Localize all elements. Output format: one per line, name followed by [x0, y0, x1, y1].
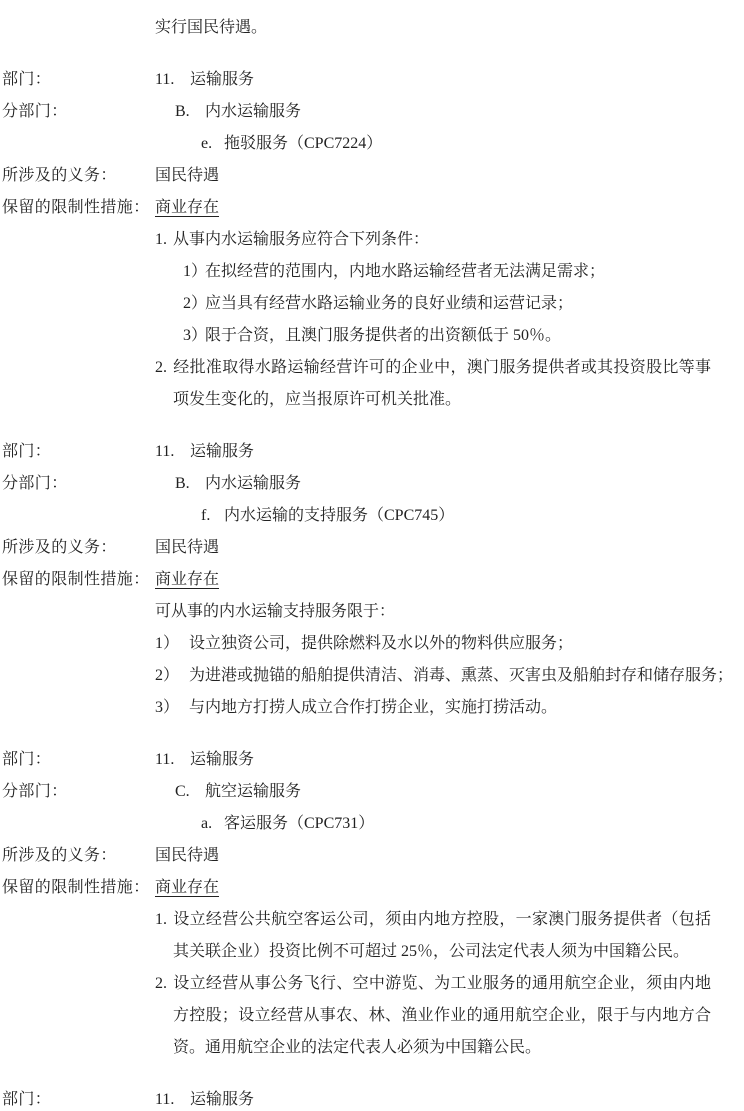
obligations-row-content: 国民待遇 [155, 532, 744, 564]
sector-row-content: 11.运输服务 [155, 744, 744, 776]
measure-item-marker: 3） [183, 320, 205, 352]
measure-item-text: 可从事的内水运输支持服务限于： [155, 603, 395, 620]
sub-sector-name: 内水运输服务 [205, 475, 301, 492]
sector-number: 11. [155, 436, 190, 468]
field-label: 保留的限制性措施： [2, 192, 155, 224]
field-label-spacer [2, 596, 155, 628]
measure-item-marker: 2） [155, 660, 189, 692]
sector-row-content: 11.运输服务 [155, 1084, 744, 1111]
field-label: 所涉及的义务： [2, 532, 155, 564]
sub-sector-name: 客运服务（CPC731） [224, 815, 374, 832]
measure-row: 1）在拟经营的范围内，内地水路运输经营者无法满足需求； [2, 256, 744, 288]
sub-sector-row-content: B.内水运输服务 [155, 468, 744, 500]
field-label-spacer [2, 320, 155, 352]
measures-title-row-content: 商业存在 [155, 564, 744, 596]
obligations-value: 国民待遇 [155, 167, 219, 184]
measure-item-text: 限于合资，且澳门服务提供者的出资额低于 50％。 [205, 327, 561, 344]
sector-row: 部门：11.运输服务 [2, 436, 744, 468]
sector-name: 运输服务 [190, 751, 254, 768]
sector-number: 11. [155, 64, 190, 96]
document-page: 实行国民待遇。 部门：11.运输服务分部门：B.内水运输服务e.拖驳服务（CPC… [0, 0, 744, 1111]
measure-item-text: 设立经营从事公务飞行、空中游览、为工业服务的通用航空企业，须由内地方控股；设立经… [173, 975, 711, 1056]
obligations-row: 所涉及的义务：国民待遇 [2, 840, 744, 872]
field-label: 部门： [2, 744, 155, 776]
obligations-row-content: 国民待遇 [155, 160, 744, 192]
field-label: 保留的限制性措施： [2, 872, 155, 904]
measure-row: 2.经批准取得水路运输经营许可的企业中，澳门服务提供者或其投资股比等事项发生变化… [2, 352, 744, 416]
sector-line: 11.运输服务 [155, 64, 742, 96]
field-label-spacer [2, 288, 155, 320]
field-label-spacer [2, 628, 155, 660]
obligations-row: 所涉及的义务：国民待遇 [2, 532, 744, 564]
sub-sector-letter: a. [201, 808, 224, 840]
measure-row-content: 2）为进港或抛锚的船舶提供清洁、消毒、熏蒸、灭害虫及船舶封存和储存服务； [155, 660, 744, 692]
measure-item-marker: 2. [155, 352, 173, 384]
field-label-spacer [2, 224, 155, 256]
measure-row: 2.设立经营从事公务飞行、空中游览、为工业服务的通用航空企业，须由内地方控股；设… [2, 968, 744, 1064]
measure-item-text: 设立经营公共航空客运公司，须由内地方控股，一家澳门服务提供者（包括其关联企业）投… [173, 911, 711, 960]
measures-title-row-content: 商业存在 [155, 192, 744, 224]
measure-item: 2.设立经营从事公务飞行、空中游览、为工业服务的通用航空企业，须由内地方控股；设… [173, 968, 711, 1064]
measure-item: 2）为进港或抛锚的船舶提供清洁、消毒、熏蒸、灭害虫及船舶封存和储存服务； [155, 660, 742, 692]
sub-sector-line: a.客运服务（CPC731） [155, 808, 742, 840]
measure-row-content: 1）在拟经营的范围内，内地水路运输经营者无法满足需求； [155, 256, 744, 288]
measure-item: 1）设立独资公司，提供除燃料及水以外的物料供应服务； [155, 628, 742, 660]
sub-sector-letter: C. [175, 776, 205, 808]
sub-sector-row-content: e.拖驳服务（CPC7224） [155, 128, 744, 160]
sub-sector-row-content: B.内水运输服务 [155, 96, 744, 128]
measure-row: 1.从事内水运输服务应符合下列条件： [2, 224, 744, 256]
field-label: 部门： [2, 1084, 155, 1111]
field-label-spacer [2, 968, 155, 1064]
measure-item-text: 从事内水运输服务应符合下列条件： [173, 231, 429, 248]
measure-item-marker: 2） [183, 288, 205, 320]
sub-sector-line: e.拖驳服务（CPC7224） [155, 128, 742, 160]
sub-sector-name: 内水运输服务 [205, 103, 301, 120]
measure-row-content: 2）应当具有经营水路运输业务的良好业绩和运营记录； [155, 288, 744, 320]
sub-sector-row: 分部门：B.内水运输服务 [2, 96, 744, 128]
field-label: 部门： [2, 436, 155, 468]
field-label: 分部门： [2, 96, 155, 128]
field-label: 保留的限制性措施： [2, 564, 155, 596]
measure-row-content: 1）设立独资公司，提供除燃料及水以外的物料供应服务； [155, 628, 744, 660]
measure-item-marker: 1. [155, 224, 173, 256]
field-label-spacer [2, 500, 155, 532]
sub-sector-line: f.内水运输的支持服务（CPC745） [155, 500, 742, 532]
field-label: 部门： [2, 64, 155, 96]
sections-container: 部门：11.运输服务分部门：B.内水运输服务e.拖驳服务（CPC7224）所涉及… [2, 64, 744, 1111]
measure-item: 1）在拟经营的范围内，内地水路运输经营者无法满足需求； [183, 256, 742, 288]
measure-item: 1.设立经营公共航空客运公司，须由内地方控股，一家澳门服务提供者（包括其关联企业… [173, 904, 711, 968]
field-label: 分部门： [2, 776, 155, 808]
sector-row: 部门：11.运输服务 [2, 64, 744, 96]
measure-item: 可从事的内水运输支持服务限于： [155, 596, 742, 628]
schedule-section: 部门：11.运输服务 [2, 1084, 744, 1111]
sub-sector-line: B.内水运输服务 [155, 96, 742, 128]
intro-text: 实行国民待遇。 [155, 12, 744, 44]
measure-item-text: 应当具有经营水路运输业务的良好业绩和运营记录； [205, 295, 573, 312]
measures-title-row-content: 商业存在 [155, 872, 744, 904]
measure-item: 2）应当具有经营水路运输业务的良好业绩和运营记录； [183, 288, 742, 320]
sector-name: 运输服务 [190, 443, 254, 460]
obligations-value: 国民待遇 [155, 847, 219, 864]
sub-sector-row: a.客运服务（CPC731） [2, 808, 744, 840]
measure-item: 3）与内地方打捞人成立合作打捞企业，实施打捞活动。 [155, 692, 742, 724]
sector-name: 运输服务 [190, 71, 254, 88]
sector-line: 11.运输服务 [155, 744, 742, 776]
sector-row-content: 11.运输服务 [155, 436, 744, 468]
sub-sector-line: B.内水运输服务 [155, 468, 742, 500]
measure-row: 可从事的内水运输支持服务限于： [2, 596, 744, 628]
measures-title-row: 保留的限制性措施：商业存在 [2, 564, 744, 596]
field-label-spacer [2, 904, 155, 968]
measure-row: 2）应当具有经营水路运输业务的良好业绩和运营记录； [2, 288, 744, 320]
measures-title-row: 保留的限制性措施：商业存在 [2, 192, 744, 224]
measure-item-marker: 2. [155, 968, 173, 1000]
sub-sector-row-content: C.航空运输服务 [155, 776, 744, 808]
sub-sector-row: 分部门：C.航空运输服务 [2, 776, 744, 808]
field-label-spacer [2, 352, 155, 416]
schedule-section: 部门：11.运输服务分部门：B.内水运输服务f.内水运输的支持服务（CPC745… [2, 436, 744, 724]
measure-row: 1）设立独资公司，提供除燃料及水以外的物料供应服务； [2, 628, 744, 660]
sector-row-content: 11.运输服务 [155, 64, 744, 96]
field-label-spacer [2, 692, 155, 724]
measure-item-text: 与内地方打捞人成立合作打捞企业，实施打捞活动。 [189, 699, 557, 716]
measure-row-content: 1.从事内水运输服务应符合下列条件： [155, 224, 744, 256]
measure-row-content: 2.设立经营从事公务飞行、空中游览、为工业服务的通用航空企业，须由内地方控股；设… [155, 968, 744, 1064]
sector-name: 运输服务 [190, 1091, 254, 1108]
measure-row-content: 2.经批准取得水路运输经营许可的企业中，澳门服务提供者或其投资股比等事项发生变化… [155, 352, 744, 416]
sub-sector-row: e.拖驳服务（CPC7224） [2, 128, 744, 160]
obligations-value: 国民待遇 [155, 539, 219, 556]
measure-row-content: 1.设立经营公共航空客运公司，须由内地方控股，一家澳门服务提供者（包括其关联企业… [155, 904, 744, 968]
sub-sector-letter: f. [201, 500, 224, 532]
measure-item: 3）限于合资，且澳门服务提供者的出资额低于 50％。 [183, 320, 742, 352]
measure-row: 3）与内地方打捞人成立合作打捞企业，实施打捞活动。 [2, 692, 744, 724]
field-label: 所涉及的义务： [2, 840, 155, 872]
measure-row: 3）限于合资，且澳门服务提供者的出资额低于 50％。 [2, 320, 744, 352]
obligations-row-content: 国民待遇 [155, 840, 744, 872]
measure-row: 1.设立经营公共航空客运公司，须由内地方控股，一家澳门服务提供者（包括其关联企业… [2, 904, 744, 968]
measure-item-text: 设立独资公司，提供除燃料及水以外的物料供应服务； [189, 635, 573, 652]
measure-row-content: 可从事的内水运输支持服务限于： [155, 596, 744, 628]
schedule-section: 部门：11.运输服务分部门：B.内水运输服务e.拖驳服务（CPC7224）所涉及… [2, 64, 744, 416]
sub-sector-letter: B. [175, 96, 205, 128]
field-label-spacer [2, 256, 155, 288]
measure-item-marker: 1） [155, 628, 189, 660]
sector-row: 部门：11.运输服务 [2, 1084, 744, 1111]
sub-sector-row: 分部门：B.内水运输服务 [2, 468, 744, 500]
field-label: 所涉及的义务： [2, 160, 155, 192]
field-label: 分部门： [2, 468, 155, 500]
measure-item-marker: 3） [155, 692, 189, 724]
measures-mode-title: 商业存在 [155, 571, 219, 588]
measure-item-marker: 1） [183, 256, 205, 288]
sector-line: 11.运输服务 [155, 436, 742, 468]
measures-title-row: 保留的限制性措施：商业存在 [2, 872, 744, 904]
measure-row-content: 3）与内地方打捞人成立合作打捞企业，实施打捞活动。 [155, 692, 744, 724]
measure-item-text: 在拟经营的范围内，内地水路运输经营者无法满足需求； [205, 263, 605, 280]
measure-item: 2.经批准取得水路运输经营许可的企业中，澳门服务提供者或其投资股比等事项发生变化… [173, 352, 711, 416]
sector-row: 部门：11.运输服务 [2, 744, 744, 776]
measure-row-content: 3）限于合资，且澳门服务提供者的出资额低于 50％。 [155, 320, 744, 352]
sub-sector-letter: B. [175, 468, 205, 500]
measures-mode-title: 商业存在 [155, 199, 219, 216]
measures-mode-title: 商业存在 [155, 879, 219, 896]
sector-number: 11. [155, 744, 190, 776]
measure-item-marker: 1. [155, 904, 173, 936]
measure-row: 2）为进港或抛锚的船舶提供清洁、消毒、熏蒸、灭害虫及船舶封存和储存服务； [2, 660, 744, 692]
measure-item-text: 经批准取得水路运输经营许可的企业中，澳门服务提供者或其投资股比等事项发生变化的，… [173, 359, 711, 408]
sub-sector-letter: e. [201, 128, 224, 160]
obligations-row: 所涉及的义务：国民待遇 [2, 160, 744, 192]
measure-item-text: 为进港或抛锚的船舶提供清洁、消毒、熏蒸、灭害虫及船舶封存和储存服务； [189, 667, 733, 684]
measure-item: 1.从事内水运输服务应符合下列条件： [173, 224, 711, 256]
schedule-section: 部门：11.运输服务分部门：C.航空运输服务a.客运服务（CPC731）所涉及的… [2, 744, 744, 1064]
sub-sector-name: 拖驳服务（CPC7224） [224, 135, 382, 152]
field-label-spacer [2, 128, 155, 160]
sub-sector-row-content: f.内水运输的支持服务（CPC745） [155, 500, 744, 532]
sub-sector-line: C.航空运输服务 [155, 776, 742, 808]
sub-sector-name: 内水运输的支持服务（CPC745） [224, 507, 454, 524]
field-label-spacer [2, 808, 155, 840]
field-label-spacer [2, 660, 155, 692]
sub-sector-row: f.内水运输的支持服务（CPC745） [2, 500, 744, 532]
sub-sector-name: 航空运输服务 [205, 783, 301, 800]
sub-sector-row-content: a.客运服务（CPC731） [155, 808, 744, 840]
sector-number: 11. [155, 1084, 190, 1111]
sector-line: 11.运输服务 [155, 1084, 742, 1111]
